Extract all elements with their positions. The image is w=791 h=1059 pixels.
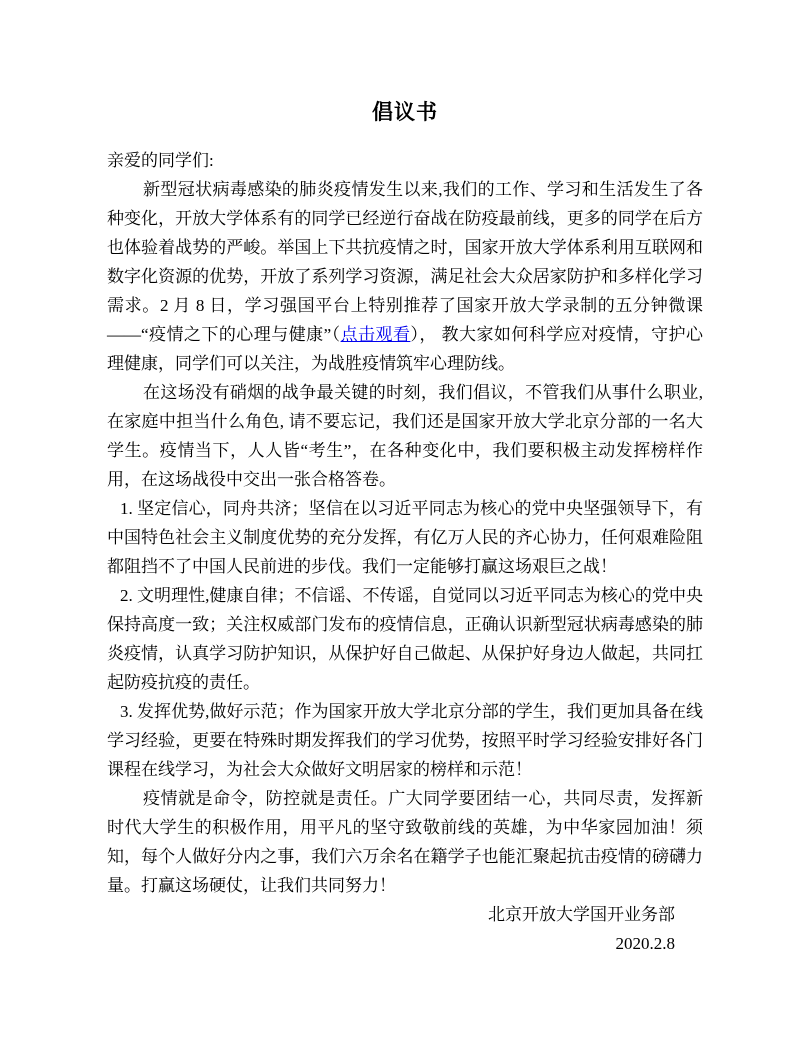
list-item-civility: 2. 文明理性,健康自律；不信谣、不传谣，自觉同以习近平同志为核心的党中央保持高…	[107, 581, 703, 697]
signature: 北京开放大学国开业务部	[107, 900, 703, 929]
document-page: 倡议书 亲爱的同学们: 新型冠状病毒感染的肺炎疫情发生以来,我们的工作、学习和生…	[0, 0, 791, 1059]
paragraph-intro: 新型冠状病毒感染的肺炎疫情发生以来,我们的工作、学习和生活发生了各种变化，开放大…	[107, 175, 703, 378]
signature-date: 2020.2.8	[107, 929, 703, 958]
intro-text-before-link: 新型冠状病毒感染的肺炎疫情发生以来,我们的工作、学习和生活发生了各种变化，开放大…	[107, 180, 703, 344]
list-item-advantage: 3. 发挥优势,做好示范；作为国家开放大学北京分部的学生，我们更加具备在线学习经…	[107, 697, 703, 784]
paragraph-proposal: 在这场没有硝烟的战争最关键的时刻，我们倡议，不管我们从事什么职业,在家庭中担当什…	[107, 378, 703, 494]
list-item-confidence: 1. 坚定信心，同舟共济；坚信在以习近平同志为核心的党中央坚强领导下，有中国特色…	[107, 494, 703, 581]
paragraph-closing: 疫情就是命令，防控就是责任。广大同学要团结一心，共同尽责，发挥新时代大学生的积极…	[107, 784, 703, 900]
salutation: 亲爱的同学们:	[107, 146, 703, 175]
watch-video-link[interactable]: 点击观看	[341, 325, 411, 344]
document-title: 倡议书	[107, 99, 703, 125]
